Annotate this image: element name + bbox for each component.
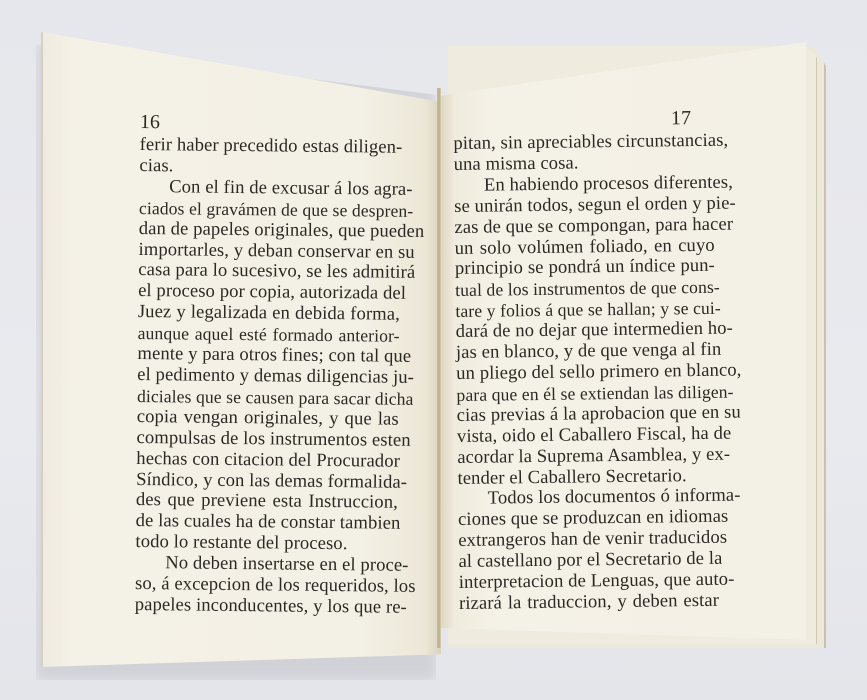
text-line: pitan, sin apreciables circunstancias, <box>453 131 713 155</box>
text-line: Juez y legalizada en debida forma, <box>138 302 400 326</box>
text-line: papeles inconducentes, y los que re- <box>135 595 397 619</box>
right-page-text: 17 pitan, sin apreciables circunstancias… <box>453 107 719 615</box>
page-number-left: 16 <box>140 111 402 136</box>
paragraph-start-line: Con el fin de excusar á los agra- <box>139 177 401 201</box>
text-line: un pliego del sello primero en blanco, <box>456 361 716 385</box>
text-line: ferir haber precedido estas diligen- <box>140 135 402 159</box>
text-line: el pedimento y demas diligencias ju- <box>137 365 399 389</box>
photo-scene: 16 ferir haber precedido estas diligen- … <box>0 0 867 700</box>
book-gutter <box>437 88 441 648</box>
left-page-text: 16 ferir haber precedido estas diligen- … <box>135 111 402 619</box>
page-number-right: 17 <box>453 107 713 132</box>
text-line: rizará la traduccion, y deben estar <box>459 591 719 615</box>
